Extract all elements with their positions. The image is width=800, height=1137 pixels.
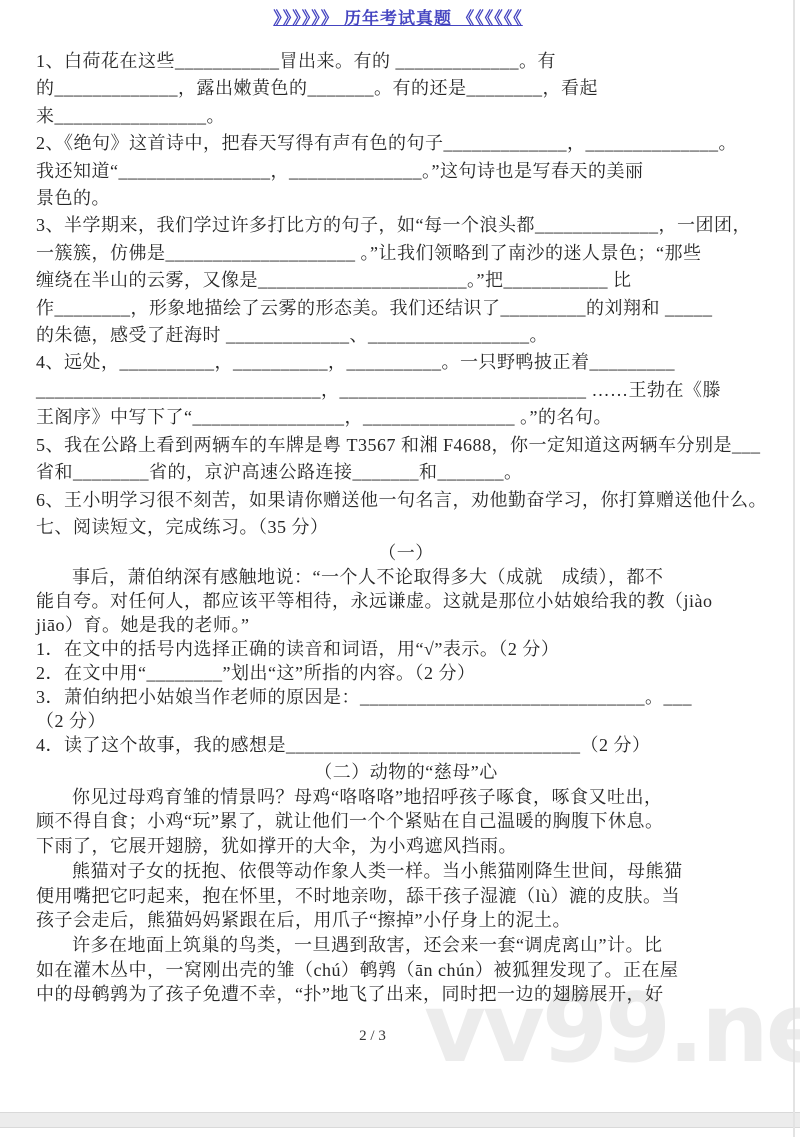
text-line: 孩子会走后，熊猫妈妈紧跟在后，用爪子“擦掉”小仔身上的泥土。 bbox=[36, 908, 776, 933]
text-line: 王阁序》中写下了“________________，______________… bbox=[36, 404, 776, 431]
text-line: 七、阅读短文，完成练习。（35 分） bbox=[36, 514, 776, 541]
text-line: 的_____________，露出嫩黄色的_______。有的还是_______… bbox=[36, 75, 776, 102]
text-line: 4、远处，__________，__________，__________。一只… bbox=[36, 349, 776, 376]
text-line: 能自夸。对任何人，都应该平等相待，永远谦虚。这就是那位小姑娘给我的教（jiào bbox=[36, 589, 776, 613]
text-line: 2、《绝句》这首诗中，把春天写得有声有色的句子_____________，___… bbox=[36, 130, 776, 157]
page-indicator: 2 / 3 bbox=[0, 1028, 745, 1045]
text-line: 如在灌木丛中，一窝刚出壳的雏（chú）鹌鹑（ān chún）被狐狸发现了。正在屋 bbox=[36, 958, 776, 983]
text-line: 2．在文中用“________”划出“这”所指的内容。（2 分） bbox=[36, 661, 776, 685]
text-line: （2 分） bbox=[36, 709, 776, 733]
text-line: 省和________省的，京沪高速公路连接_______和_______。 bbox=[36, 459, 776, 486]
text-line: 我还知道“________________，______________。”这句… bbox=[36, 158, 776, 185]
section-reading-passage-two: （二）动物的“慈母”心你见过母鸡育雏的情景吗？母鸡“咯咯咯”地招呼孩子啄食，啄食… bbox=[36, 760, 776, 1007]
text-line: 顾不得自食；小鸡“玩”累了，就让他们一个个紧贴在自己温暖的胸腹下休息。 bbox=[36, 809, 776, 834]
section-fill-in-questions: 1、白荷花在这些___________冒出来。有的 _____________。… bbox=[36, 48, 776, 541]
text-line: 来________________。 bbox=[36, 103, 776, 130]
text-line: 便用嘴把它叼起来，抱在怀里，不时地亲吻，舔干孩子湿漉（lù）漉的皮肤。当 bbox=[36, 884, 776, 909]
exam-archive-link[interactable]: 》》》》》》 历年考试真题 《《《《《《 bbox=[0, 4, 796, 29]
text-line: 许多在地面上筑巢的鸟类，一旦遇到敌害，还会来一套“调虎离山”计。比 bbox=[36, 933, 776, 958]
page-edge-line bbox=[793, 0, 795, 1137]
text-line: 熊猫对子女的抚抱、依偎等动作象人类一样。当小熊猫刚降生世间，母熊猫 bbox=[36, 859, 776, 884]
page-separator bbox=[0, 1112, 800, 1128]
text-line: 4．读了这个故事，我的感想是__________________________… bbox=[36, 733, 776, 757]
text-line: 6、王小明学习很不刻苦，如果请你赠送他一句名言，劝他勤奋学习，你打算赠送他什么。 bbox=[36, 487, 776, 514]
section-reading-passage-one: （一）事后，萧伯纳深有感触地说：“一个人不论取得多大（成就 成绩），都不能自夸。… bbox=[36, 541, 776, 757]
text-line: 中的母鹌鹑为了孩子免遭不幸，“扑”地飞了出来，同时把一边的翅膀展开，好 bbox=[36, 982, 776, 1007]
text-line: 作________，形象地描绘了云雾的形态美。我们还结识了_________的刘… bbox=[36, 295, 776, 322]
text-line: 1、白荷花在这些___________冒出来。有的 _____________。… bbox=[36, 48, 776, 75]
text-line: 的朱德，感受了赶海时 _____________、_______________… bbox=[36, 322, 776, 349]
text-line: 一簇簇，仿佛是____________________ 。”让我们领略到了南沙的… bbox=[36, 240, 776, 267]
text-line: （一） bbox=[36, 541, 776, 565]
text-line: 3．萧伯纳把小姑娘当作老师的原因是：______________________… bbox=[36, 685, 776, 709]
text-line: 5、我在公路上看到两辆车的车牌是粤 T3567 和湘 F4688，你一定知道这两… bbox=[36, 432, 776, 459]
document-page: 》》》》》》 历年考试真题 《《《《《《 1、白荷花在这些___________… bbox=[0, 0, 800, 1137]
text-line: jiāo）育。她是我的老师。” bbox=[36, 613, 776, 637]
text-line: ______________________________，_________… bbox=[36, 377, 776, 404]
text-line: 3、半学期来，我们学过许多打比方的句子，如“每一个浪头都____________… bbox=[36, 212, 776, 239]
text-line: 你见过母鸡育雏的情景吗？母鸡“咯咯咯”地招呼孩子啄食，啄食又吐出， bbox=[36, 785, 776, 810]
text-line: 下雨了，它展开翅膀，犹如撑开的大伞，为小鸡遮风挡雨。 bbox=[36, 834, 776, 859]
text-line: 缠绕在半山的云雾，又像是______________________。”把___… bbox=[36, 267, 776, 294]
text-line: 景色的。 bbox=[36, 185, 776, 212]
text-line: （二）动物的“慈母”心 bbox=[36, 760, 776, 785]
text-line: 1．在文中的括号内选择正确的读音和词语，用“√”表示。（2 分） bbox=[36, 637, 776, 661]
text-line: 事后，萧伯纳深有感触地说：“一个人不论取得多大（成就 成绩），都不 bbox=[36, 565, 776, 589]
